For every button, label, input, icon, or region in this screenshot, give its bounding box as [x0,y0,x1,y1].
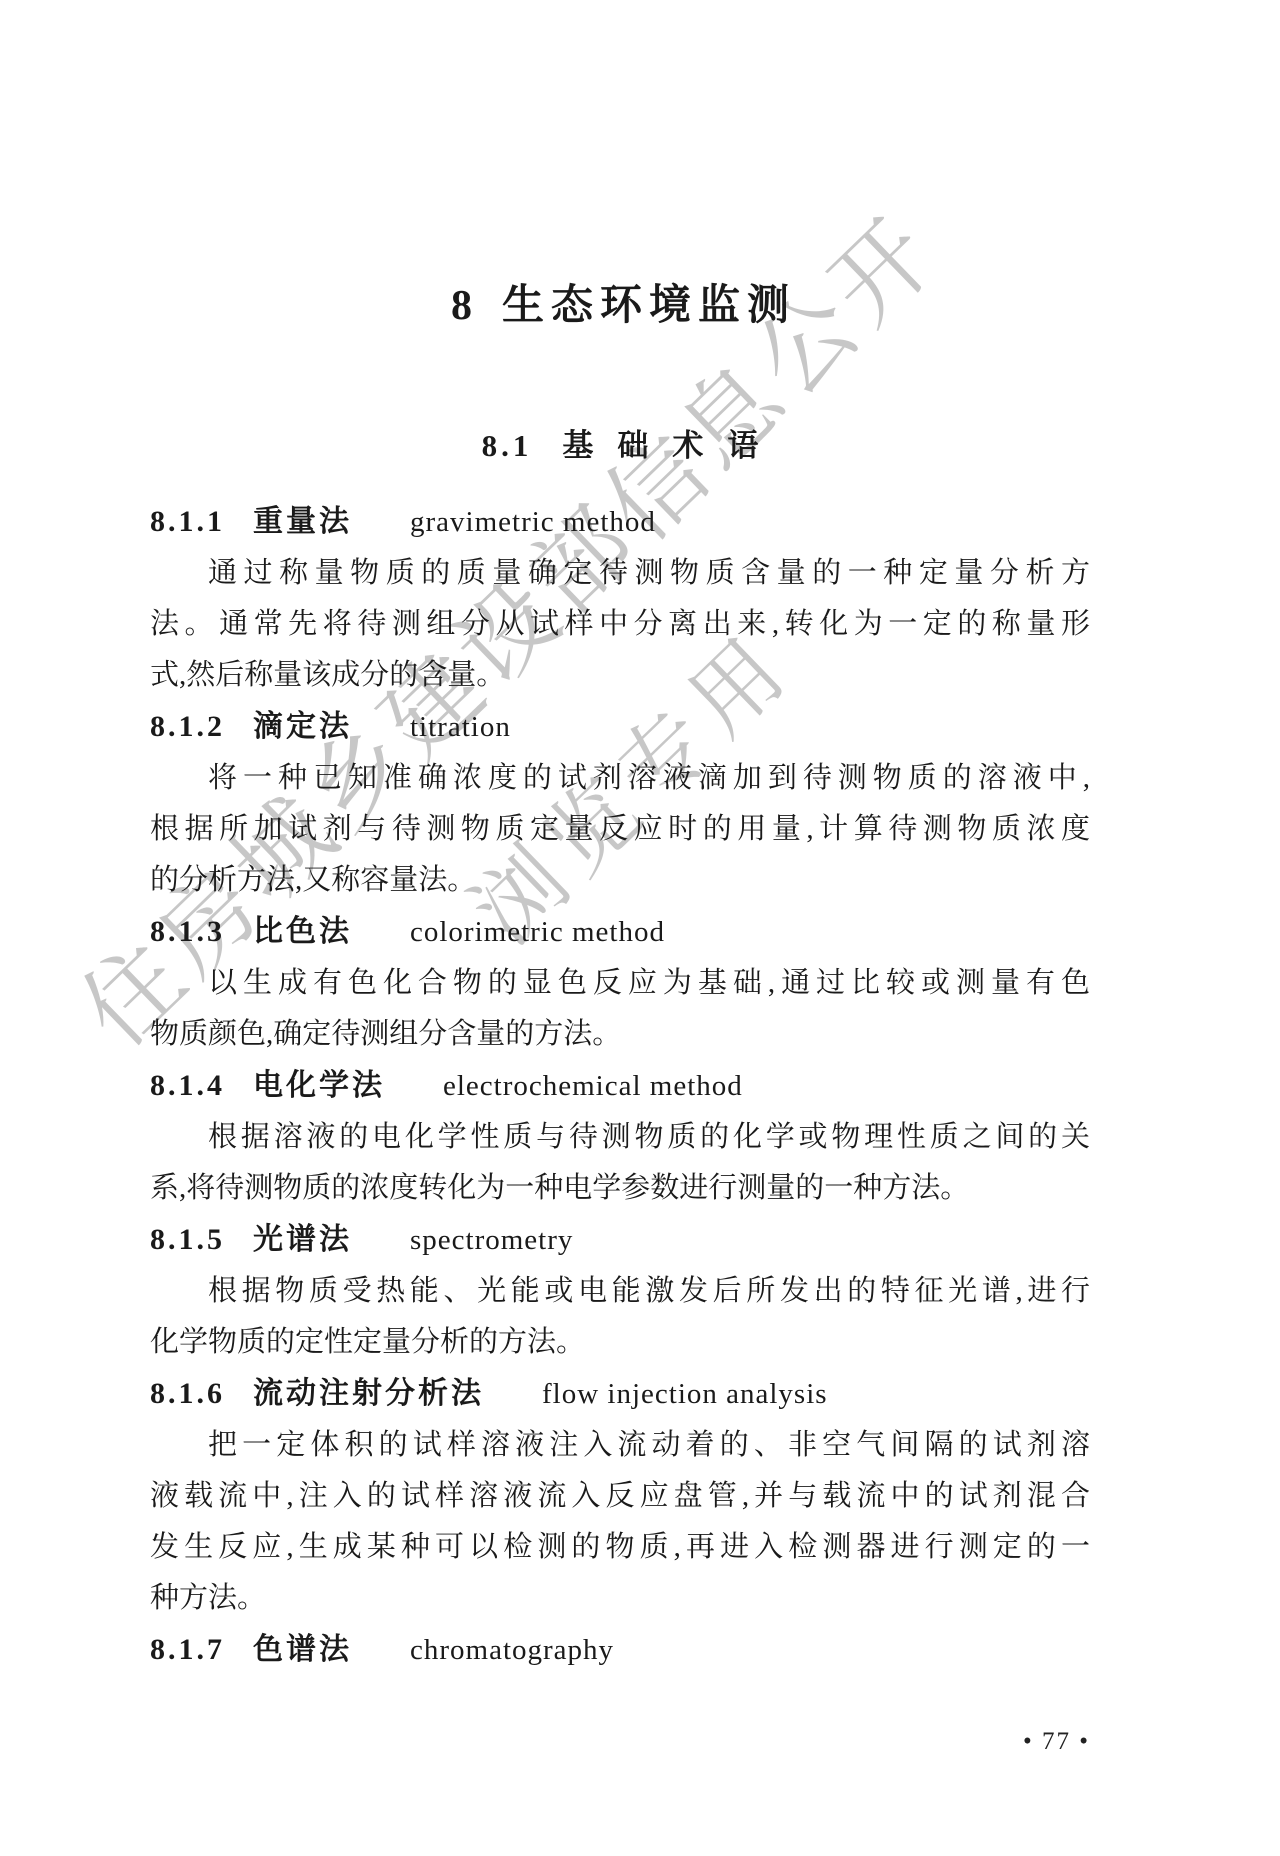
definition-line: 将一种已知准确浓度的试剂溶液滴加到待测物质的溶液中, [150,753,1090,804]
term-name-zh: 滴定法 [253,710,352,743]
definition-line: 发生反应,生成某种可以检测的物质,再进入检测器进行测定的一 [150,1522,1090,1573]
term-entry: 8.1.3比色法colorimetric method以生成有色化合物的显色反应… [150,906,1090,1060]
term-number: 8.1.1 [150,505,225,538]
term-heading: 8.1.4电化学法electrochemical method [150,1060,1090,1112]
definition-line: 法。通常先将待测组分从试样中分离出来,转化为一定的称量形 [150,599,1090,650]
definition-line: 通过称量物质的质量确定待测物质含量的一种定量分析方 [150,548,1090,599]
term-entry: 8.1.1重量法gravimetric method通过称量物质的质量确定待测物… [150,496,1090,701]
definition-line: 的分析方法,又称容量法。 [150,855,1090,906]
term-name-en: chromatography [410,1634,614,1666]
definition-line: 化学物质的定性定量分析的方法。 [150,1317,1090,1368]
definition-line: 液载流中,注入的试样溶液流入反应盘管,并与载流中的试剂混合 [150,1471,1090,1522]
term-name-zh: 色谱法 [253,1633,352,1666]
term-heading: 8.1.2滴定法titration [150,701,1090,753]
terms-list: 8.1.1重量法gravimetric method通过称量物质的质量确定待测物… [150,496,1090,1676]
definition-line: 物质颜色,确定待测组分含量的方法。 [150,1009,1090,1060]
term-name-en: electrochemical method [443,1070,743,1102]
chapter-title: 8生态环境监测 [150,272,1090,332]
page-content: 8生态环境监测 8.1基础术语 8.1.1重量法gravimetric meth… [150,0,1090,1856]
chapter-number: 8 [451,283,472,329]
definition-line: 种方法。 [150,1573,1090,1624]
definition-line: 式,然后称量该成分的含量。 [150,650,1090,701]
term-entry: 8.1.2滴定法titration将一种已知准确浓度的试剂溶液滴加到待测物质的溶… [150,701,1090,906]
term-entry: 8.1.4电化学法electrochemical method根据溶液的电化学性… [150,1060,1090,1214]
definition-line: 根据物质受热能、光能或电能激发后所发出的特征光谱,进行 [150,1266,1090,1317]
term-number: 8.1.7 [150,1633,225,1666]
term-name-en: colorimetric method [410,916,665,948]
term-heading: 8.1.3比色法colorimetric method [150,906,1090,958]
term-entry: 8.1.5光谱法spectrometry根据物质受热能、光能或电能激发后所发出的… [150,1214,1090,1368]
section-name: 基础术语 [562,428,782,463]
term-name-zh: 光谱法 [253,1223,352,1256]
term-heading: 8.1.6流动注射分析法flow injection analysis [150,1368,1090,1420]
page-number: • 77 • [150,1728,1090,1756]
definition-line: 以生成有色化合物的显色反应为基础,通过比较或测量有色 [150,958,1090,1009]
term-name-zh: 比色法 [253,915,352,948]
section-number: 8.1 [482,428,533,463]
term-number: 8.1.4 [150,1069,225,1102]
term-number: 8.1.3 [150,915,225,948]
section-title: 8.1基础术语 [150,420,1090,465]
term-number: 8.1.2 [150,710,225,743]
term-heading: 8.1.7色谱法chromatography [150,1624,1090,1676]
definition-line: 根据所加试剂与待测物质定量反应时的用量,计算待测物质浓度 [150,804,1090,855]
document-page: 住房城乡建设部信息公开 浏览专用 8生态环境监测 8.1基础术语 8.1.1重量… [0,0,1280,1856]
term-name-zh: 电化学法 [253,1069,385,1102]
term-name-en: titration [410,711,511,743]
term-number: 8.1.6 [150,1377,225,1410]
term-number: 8.1.5 [150,1223,225,1256]
definition-line: 系,将待测物质的浓度转化为一种电学参数进行测量的一种方法。 [150,1163,1090,1214]
term-entry: 8.1.6流动注射分析法flow injection analysis把一定体积… [150,1368,1090,1624]
term-name-en: spectrometry [410,1224,573,1256]
chapter-name: 生态环境监测 [502,283,796,329]
term-heading: 8.1.5光谱法spectrometry [150,1214,1090,1266]
term-name-en: gravimetric method [410,506,656,538]
term-entry: 8.1.7色谱法chromatography [150,1624,1090,1676]
term-name-zh: 重量法 [253,505,352,538]
definition-line: 根据溶液的电化学性质与待测物质的化学或物理性质之间的关 [150,1112,1090,1163]
definition-line: 把一定体积的试样溶液注入流动着的、非空气间隔的试剂溶 [150,1420,1090,1471]
term-heading: 8.1.1重量法gravimetric method [150,496,1090,548]
term-name-en: flow injection analysis [542,1378,828,1410]
term-name-zh: 流动注射分析法 [253,1377,484,1410]
